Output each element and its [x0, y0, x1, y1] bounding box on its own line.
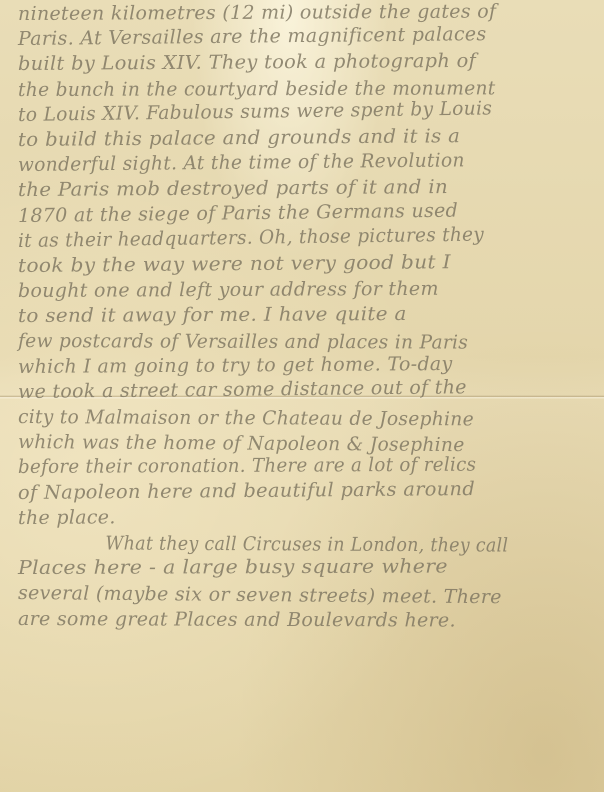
text-line: of Napoleon here and beautiful parks aro…	[18, 475, 604, 505]
text-line: bought one and left your address for the…	[18, 276, 598, 304]
text-line: built by Louis XIV. They took a photogra…	[18, 48, 604, 77]
text-line: the place.	[18, 502, 598, 531]
letter-page: nineteen kilometres (12 mi) outside the …	[0, 0, 604, 792]
text-line: took by the way were not very good but I	[18, 249, 604, 280]
text-line: city to Malmaison or the Chateau de Jose…	[18, 405, 587, 433]
text-line: we took a street car some distance out o…	[18, 374, 598, 405]
text-line: Places here - a large busy square where	[18, 554, 604, 581]
text-line: to send it away for me. I have quite a	[18, 301, 604, 329]
handwritten-text: nineteen kilometres (12 mi) outside the …	[18, 2, 598, 632]
text-line: are some great Places and Boulevards her…	[18, 607, 598, 634]
